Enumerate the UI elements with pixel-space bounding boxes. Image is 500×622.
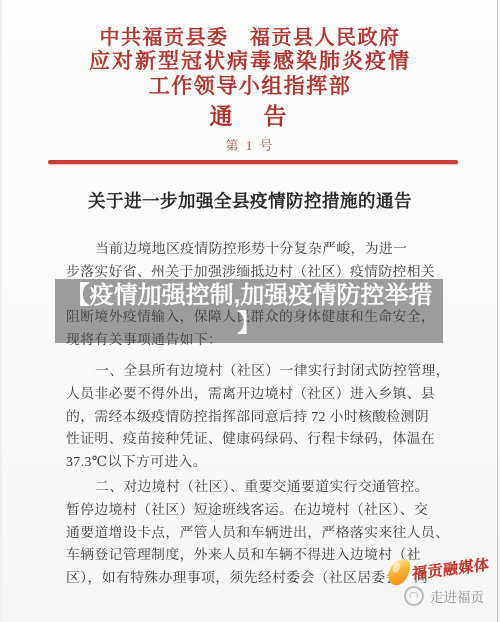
doc-title: 关于进一步加强全县疫情防控措施的通告: [0, 188, 500, 213]
caption-overlay-banner: 【疫情加强控制,加强疫情防控举措 】: [55, 279, 443, 343]
account-label: 走进福贡: [430, 586, 484, 606]
red-divider: [48, 160, 458, 164]
body-line: 的，需经本级疫情防控指挥部同意后持 72 小时核酸检测阴: [66, 406, 446, 429]
circle-logo-icon: [404, 586, 424, 606]
flame-swoosh-icon: [387, 557, 412, 587]
paragraph-item-1: 一、全县所有边境村（社区）一律实行封闭式防控管理， 人员非必要不得外出，需离开边…: [66, 360, 446, 474]
caption-overlay-line-2: 】: [55, 310, 443, 337]
body-line: 37.3℃以下方可进入。: [66, 451, 446, 474]
notice-type: 通 告: [0, 98, 500, 131]
media-brand-label: 福贡融媒体: [412, 553, 489, 584]
body-line: 当前边境地区疫情防控形势十分复杂严峻，为进一: [66, 238, 446, 261]
issuer-line-3: 工作领导小组指挥部: [0, 70, 500, 100]
body-line: 一、全县所有边境村（社区）一律实行封闭式防控管理，: [66, 360, 446, 383]
body-line: 人员非必要不得外出，需离开边境村（社区）进入乡镇、县: [66, 383, 446, 406]
doc-number: 第 1 号: [0, 135, 500, 154]
body-line: 二、对边境村（社区）、重要交通要道实行交通管控。: [66, 476, 446, 499]
body-line: 性证明、疫苗接种凭证、健康码绿码、行程卡绿码，体温在: [66, 428, 446, 451]
body-line: 暂停边境村（社区）短途班线客运。在边境村（社区）、交: [66, 499, 446, 522]
body-line: 通要道增设卡点，严管人员和车辆进出，严格落实来往人员、: [66, 522, 446, 545]
document-photo: 中共福贡县委 福贡县人民政府 应对新型冠状病毒感染肺炎疫情 工作领导小组指挥部 …: [0, 0, 500, 622]
caption-overlay-line-1: 【疫情加强控制,加强疫情防控举措: [55, 282, 443, 310]
account-watermark: 走进福贡: [404, 586, 484, 606]
